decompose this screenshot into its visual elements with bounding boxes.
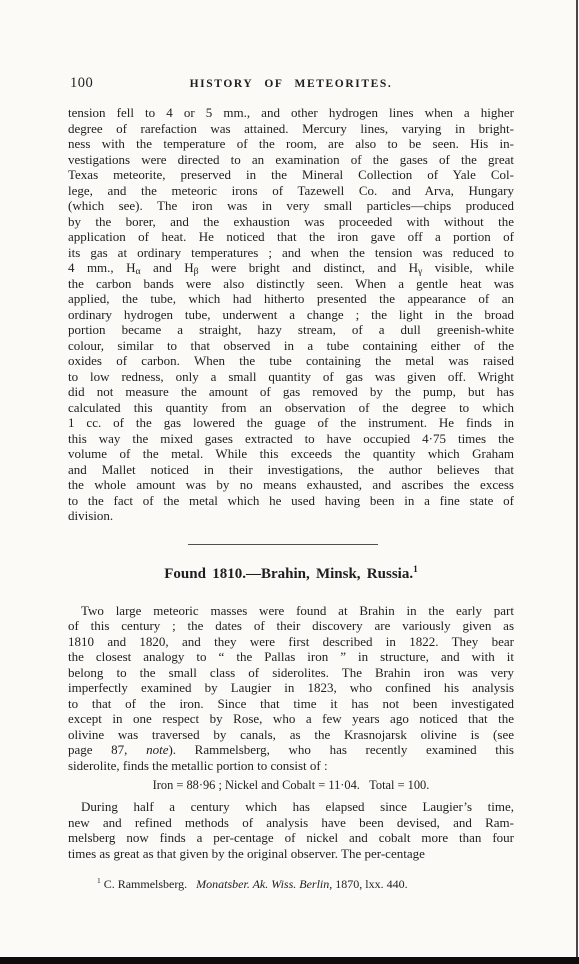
text-line: division. — [68, 508, 514, 524]
text-line: 1810 and 1820, and they were first descr… — [68, 634, 514, 650]
footnote-rammelsberg-reference: 1 C. Rammelsberg. Monatsber. Ak. Wiss. B… — [68, 877, 514, 892]
text-line: Iron = 88·96 ; Nickel and Cobalt = 11·04… — [68, 778, 514, 793]
text-line: oxides of carbon. When the tube containi… — [68, 353, 514, 369]
text-line: and Mallet noticed in their investigatio… — [68, 462, 514, 478]
paragraph-hydrogen-experiments: tension fell to 4 or 5 mm., and other hy… — [68, 105, 514, 524]
text-line: application of heat. He noticed that the… — [68, 229, 514, 245]
text-line: Two large meteoric masses were found at … — [68, 603, 514, 619]
scan-artifact-bottom-bar — [0, 957, 579, 964]
text-line: did not measure the amount of gas remove… — [68, 384, 514, 400]
text-line: (which see). The iron was in very small … — [68, 198, 514, 214]
text-line: 1 cc. of the gas lowered the guage of th… — [68, 415, 514, 431]
text-line: colour, similar to that observed in a tu… — [68, 338, 514, 354]
scanned-book-page: 100 HISTORY OF METEORITES. tension fell … — [0, 0, 579, 964]
text-line: 1 C. Rammelsberg. Monatsber. Ak. Wiss. B… — [97, 877, 514, 892]
text-line: Texas meteorite, preserved in the Minera… — [68, 167, 514, 183]
text-line: belong to the small class of siderolites… — [68, 665, 514, 681]
text-line: to the fact of the metal which he used h… — [68, 493, 514, 509]
text-line: calculated this quantity from an observa… — [68, 400, 514, 416]
text-line: except in one respect by Rose, who a few… — [68, 711, 514, 727]
page-header: 100 HISTORY OF METEORITES. — [68, 75, 514, 91]
text-line: siderolite, finds the metallic portion t… — [68, 758, 514, 774]
text-line: by the borer, and the exhaustion was pro… — [68, 214, 514, 230]
running-header: HISTORY OF METEORITES. — [68, 77, 514, 91]
text-line: ness with the temperature of the room, a… — [68, 136, 514, 152]
text-line: applied, the tube, which had hitherto pr… — [68, 291, 514, 307]
text-line: the whole amount was by no means exhaust… — [68, 477, 514, 493]
text-line: vestigations were directed to an examina… — [68, 152, 514, 168]
analysis-result-line: Iron = 88·96 ; Nickel and Cobalt = 11·04… — [68, 778, 514, 793]
text-line: portion became a straight, hazy stream, … — [68, 322, 514, 338]
text-line: degree of rarefaction was attained. Merc… — [68, 121, 514, 137]
text-line: to low redness, only a small quantity of… — [68, 369, 514, 385]
text-line: Found 1810.—Brahin, Minsk, Russia.1 — [68, 566, 514, 583]
text-line: the carbon bands were also distinctly se… — [68, 276, 514, 292]
text-line: imperfectly examined by Laugier in 1823,… — [68, 680, 514, 696]
text-line: During half a century which has elapsed … — [68, 799, 514, 815]
section-heading-brahin: Found 1810.—Brahin, Minsk, Russia.1 — [68, 566, 514, 583]
text-line: the closest analogy to “ the Pallas iron… — [68, 649, 514, 665]
text-line: new and refined methods of analysis have… — [68, 815, 514, 831]
scan-artifact-right-edge-line — [576, 0, 578, 964]
page-content: 100 HISTORY OF METEORITES. tension fell … — [68, 75, 514, 892]
paragraph-rammelsberg-analysis: During half a century which has elapsed … — [68, 799, 514, 861]
text-line: to that of the iron. Since that time it … — [68, 696, 514, 712]
text-line: melsberg now finds a per-centage of nick… — [68, 830, 514, 846]
text-line: tension fell to 4 or 5 mm., and other hy… — [68, 105, 514, 121]
text-line: ordinary hydrogen tube, underwent a chan… — [68, 307, 514, 323]
text-line: 4 mm., Hα and Hβ were bright and distinc… — [68, 260, 514, 276]
text-line: olivine was traversed by canals, as the … — [68, 727, 514, 743]
text-line: lege, and the meteoric irons of Tazewell… — [68, 183, 514, 199]
text-line: volume of the metal. While this exceeds … — [68, 446, 514, 462]
paragraph-brahin-discovery: Two large meteoric masses were found at … — [68, 603, 514, 774]
text-line: page 87, note). Rammelsberg, who has rec… — [68, 742, 514, 758]
text-line: times as great as that given by the orig… — [68, 846, 514, 862]
section-divider-rule — [188, 544, 378, 545]
text-line: this way the mixed gases extracted to ha… — [68, 431, 514, 447]
text-line: of this century ; the dates of their dis… — [68, 618, 514, 634]
text-line: its gas at ordinary temperatures ; and w… — [68, 245, 514, 261]
